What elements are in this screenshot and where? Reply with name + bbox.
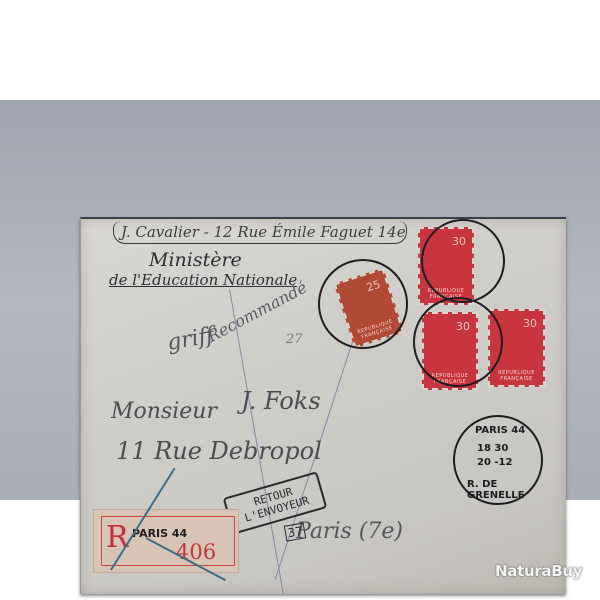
watermark-logo: NaturaBuy — [495, 562, 582, 580]
registration-number: 406 — [176, 540, 216, 564]
registration-letter: R — [106, 520, 129, 555]
postmark-circle — [421, 219, 505, 303]
postmark-circle: PARIS 44 18 30 20 -12 R. DE GRENELLE — [453, 415, 543, 505]
postmark-office: PARIS 44 — [475, 425, 525, 436]
recipient-street: 11 Rue Debropol — [116, 437, 322, 465]
postmark-circle — [318, 259, 408, 349]
letterhead-line-1: Ministère — [149, 249, 242, 271]
postmark-time: 18 30 — [477, 443, 508, 454]
recipient-salutation: Monsieur — [111, 399, 217, 424]
sender-line: J. Cavalier - 12 Rue Émile Faguet 14e — [121, 223, 406, 241]
photo-background: J. Cavalier - 12 Rue Émile Faguet 14e Mi… — [0, 100, 600, 500]
recipient-name: J. Foks — [241, 387, 321, 415]
postmark-street: R. DE GRENELLE — [467, 479, 541, 501]
postmark-circle — [413, 297, 503, 387]
stamp-value: 30 — [523, 317, 537, 330]
postmark-date: 20 -12 — [477, 457, 512, 468]
stamp-country: REPUBLIQUE FRANÇAISE — [490, 370, 543, 382]
envelope: J. Cavalier - 12 Rue Émile Faguet 14e Mi… — [80, 217, 566, 594]
annotation-number: 27 — [286, 332, 303, 347]
recipient-city: Paris (7e) — [296, 519, 403, 544]
registration-city: PARIS 44 — [132, 527, 187, 540]
letterhead-line-2: de l'Education Nationale — [109, 271, 297, 289]
